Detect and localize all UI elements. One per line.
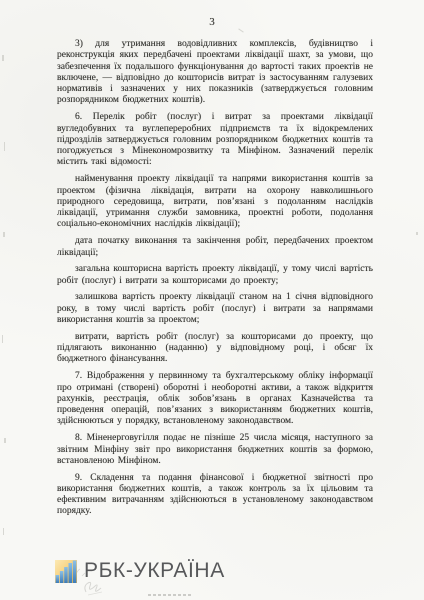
paragraph-list-item-residual-cost: залишкова вартість проекту ліквідації ст… <box>57 292 373 326</box>
paragraph-6: 6. Перелік робіт (послуг) і витрат за пр… <box>57 112 373 168</box>
scan-artifact <box>4 438 6 443</box>
scan-artifact <box>4 142 5 151</box>
document-page: 3 3) для утримання водовідливних комплек… <box>0 0 424 600</box>
paragraph-list-item-name: найменування проекту ліквідації та напря… <box>57 174 373 230</box>
scan-artifact <box>238 28 243 32</box>
rbc-ukraine-watermark: РБК-УКРАЇНА <box>55 559 225 583</box>
scan-smudge <box>148 594 192 596</box>
scan-artifact <box>2 335 3 343</box>
page-number: 3 <box>0 16 424 28</box>
paragraph-9: 9. Складення та подання фінансової і бюд… <box>57 473 373 518</box>
scan-artifact <box>3 232 5 237</box>
paragraph-list-item-dates: дата початку виконання та закінчення роб… <box>57 236 373 259</box>
paragraph-list-item-total-cost: загальна кошторисна вартість проекту лік… <box>57 264 373 287</box>
scan-artifact <box>3 528 4 535</box>
document-body: 3) для утримання водовідливних комплексі… <box>57 39 373 523</box>
paragraph-list-item-expenses: витрати, вартість робіт (послуг) за кошт… <box>57 332 373 366</box>
scan-artifact <box>416 232 418 235</box>
paragraph-8: 8. Міненерговугілля подає не пізніше 25 … <box>57 433 373 467</box>
paragraph-3: 3) для утримання водовідливних комплексі… <box>57 39 373 107</box>
paragraph-7: 7. Відображення у первинному та бухгалте… <box>57 371 373 427</box>
bar-chart-logo-icon <box>55 560 77 583</box>
scan-artifact <box>2 55 4 61</box>
brand-name: РБК-УКРАЇНА <box>84 559 225 583</box>
